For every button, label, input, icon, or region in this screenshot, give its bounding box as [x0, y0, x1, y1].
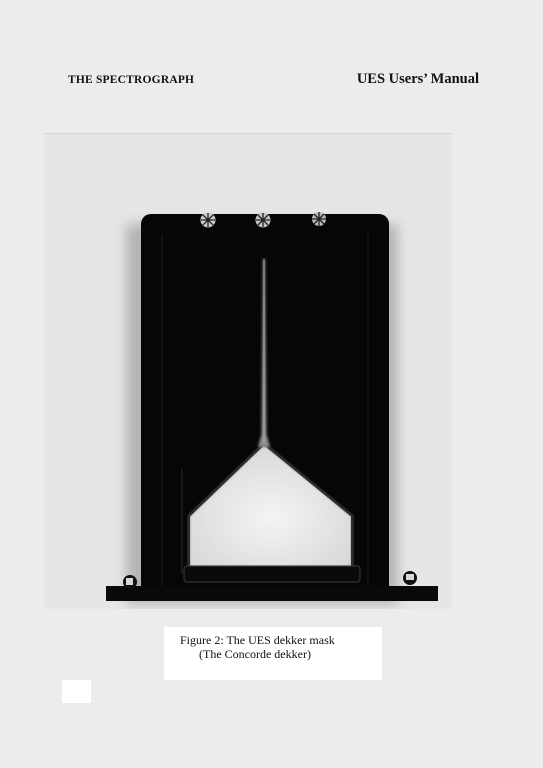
section-title: THE SPECTROGRAPH	[68, 74, 194, 86]
figure-caption: Figure 2: The UES dekker mask (The Conco…	[164, 627, 382, 680]
caption-subtitle: (The Concorde dekker)	[199, 647, 311, 662]
screw-icon	[201, 213, 216, 228]
blank-label-patch	[62, 680, 91, 703]
manual-title: UES Users’ Manual	[357, 71, 479, 88]
dekker-mask-illustration	[44, 134, 452, 609]
caption-title: Figure 2: The UES dekker mask	[180, 633, 335, 648]
dekker-mask-photo	[44, 133, 452, 609]
screw-icon	[256, 213, 271, 228]
screw-icon	[312, 212, 326, 226]
